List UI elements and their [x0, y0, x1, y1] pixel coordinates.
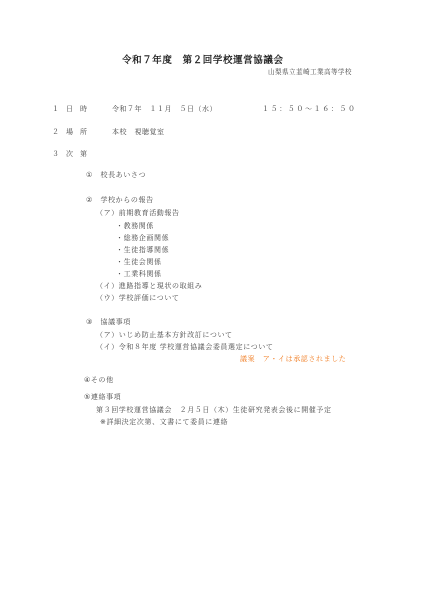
section-2-number: ２ [52, 127, 59, 137]
school-name: 山梨県立韮崎工業高等学校 [268, 66, 352, 76]
agenda-bullet-academic: ・教務関係 [116, 221, 154, 231]
section-3-label: 次第 [66, 149, 94, 159]
meeting-location: 本校 視聴覚室 [112, 127, 165, 137]
next-meeting-notice: 第３回学校運営協議会 ２月５日（木）生徒研究発表会後に開催予定 [96, 405, 332, 415]
agenda-item-1: ① 校長あいさつ [86, 170, 146, 180]
agenda-item-3-a: （ア）いじめ防止基本方針改訂について [96, 330, 233, 340]
details-notice: ※詳細決定次第、文書にて委員に連絡 [100, 417, 228, 427]
agenda-bullet-general-planning: ・総務企画関係 [116, 233, 169, 243]
agenda-item-3: ③ 協議事項 [86, 317, 131, 327]
agenda-item-2-a: （ア）前期教育活動報告 [96, 208, 180, 218]
agenda-bullet-student-council: ・生徒会関係 [116, 257, 162, 267]
agenda-bullet-student-guidance: ・生徒指導関係 [116, 245, 169, 255]
agenda-item-2: ② 学校からの報告 [86, 195, 154, 205]
document-title: 令和７年度 第２回学校運営協議会 [122, 52, 284, 66]
agenda-item-3-i: （イ）令和８年度 学校運営協議会委員選定について [96, 342, 273, 352]
meeting-date: 令和７年 １１月 ５日（水） [112, 104, 217, 114]
section-3-number: ３ [52, 149, 59, 159]
document-page: 令和７年度 第２回学校運営協議会 山梨県立韮崎工業高等学校 １ 日時 令和７年 … [0, 0, 424, 600]
agenda-bullet-industrial-dept: ・工業科関係 [116, 269, 162, 279]
agenda-item-4: ④その他 [84, 375, 114, 385]
section-1-number: １ [52, 104, 59, 114]
meeting-time: １５：５０〜１６：５０ [262, 104, 357, 114]
section-2-label: 場所 [66, 127, 94, 137]
agenda-item-5: ⑤連絡事項 [84, 392, 121, 402]
section-1-label: 日時 [66, 104, 94, 114]
approval-note: 議案 ア・イは承認されました [240, 354, 346, 364]
agenda-item-2-i: （イ）進路指導と現状の取組み [96, 281, 202, 291]
agenda-item-2-u: （ウ）学校評価について [96, 293, 179, 303]
